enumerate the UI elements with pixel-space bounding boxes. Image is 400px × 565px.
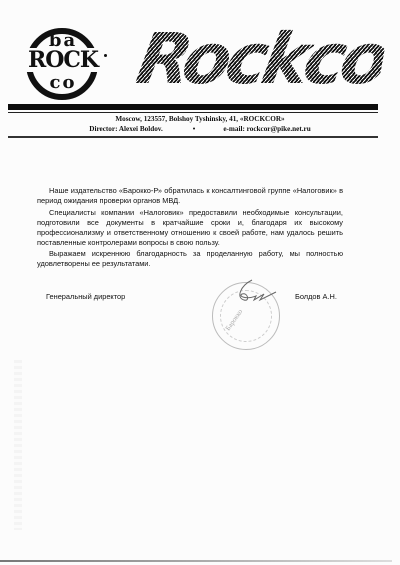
signature-icon [230,278,280,308]
separator-bullet: • [193,125,196,133]
letter-page: ba ROCK co Rockcor Moscow, 123557, Bolsh… [0,0,400,565]
address-line: Moscow, 123557, Bolshoy Tyshinsky, 41, «… [0,115,400,123]
contact-line: Director: Alexei Boldov. • e-mail: rockc… [0,125,400,133]
header-rule-bottom [8,136,378,138]
director-line: Director: Alexei Boldov. [89,125,163,133]
signatory-title: Генеральный директор [46,292,125,301]
email-line: e-mail: rockcor@pike.net.ru [223,125,310,133]
logo-text-bottom: co [20,72,106,93]
letter-paragraph: Специалисты компании «Налоговик» предост… [37,208,343,248]
letter-paragraph: Выражаем искреннюю благодарность за прод… [37,249,343,269]
header-rule-thick [8,104,378,110]
header-rule-thin [8,112,378,113]
letter-paragraph: Наше издательство «Барокко-Р» обратилась… [37,186,343,206]
logo-registered-mark [104,54,107,57]
scan-shadow [14,360,22,530]
signatory-name: Болдов А.Н. [295,292,337,301]
letter-body: Наше издательство «Барокко-Р» обратилась… [37,186,343,269]
rockcor-wordmark: Rockcor [131,18,390,100]
page-bottom-edge [0,560,392,562]
logo-text-middle: ROCK [20,48,106,72]
